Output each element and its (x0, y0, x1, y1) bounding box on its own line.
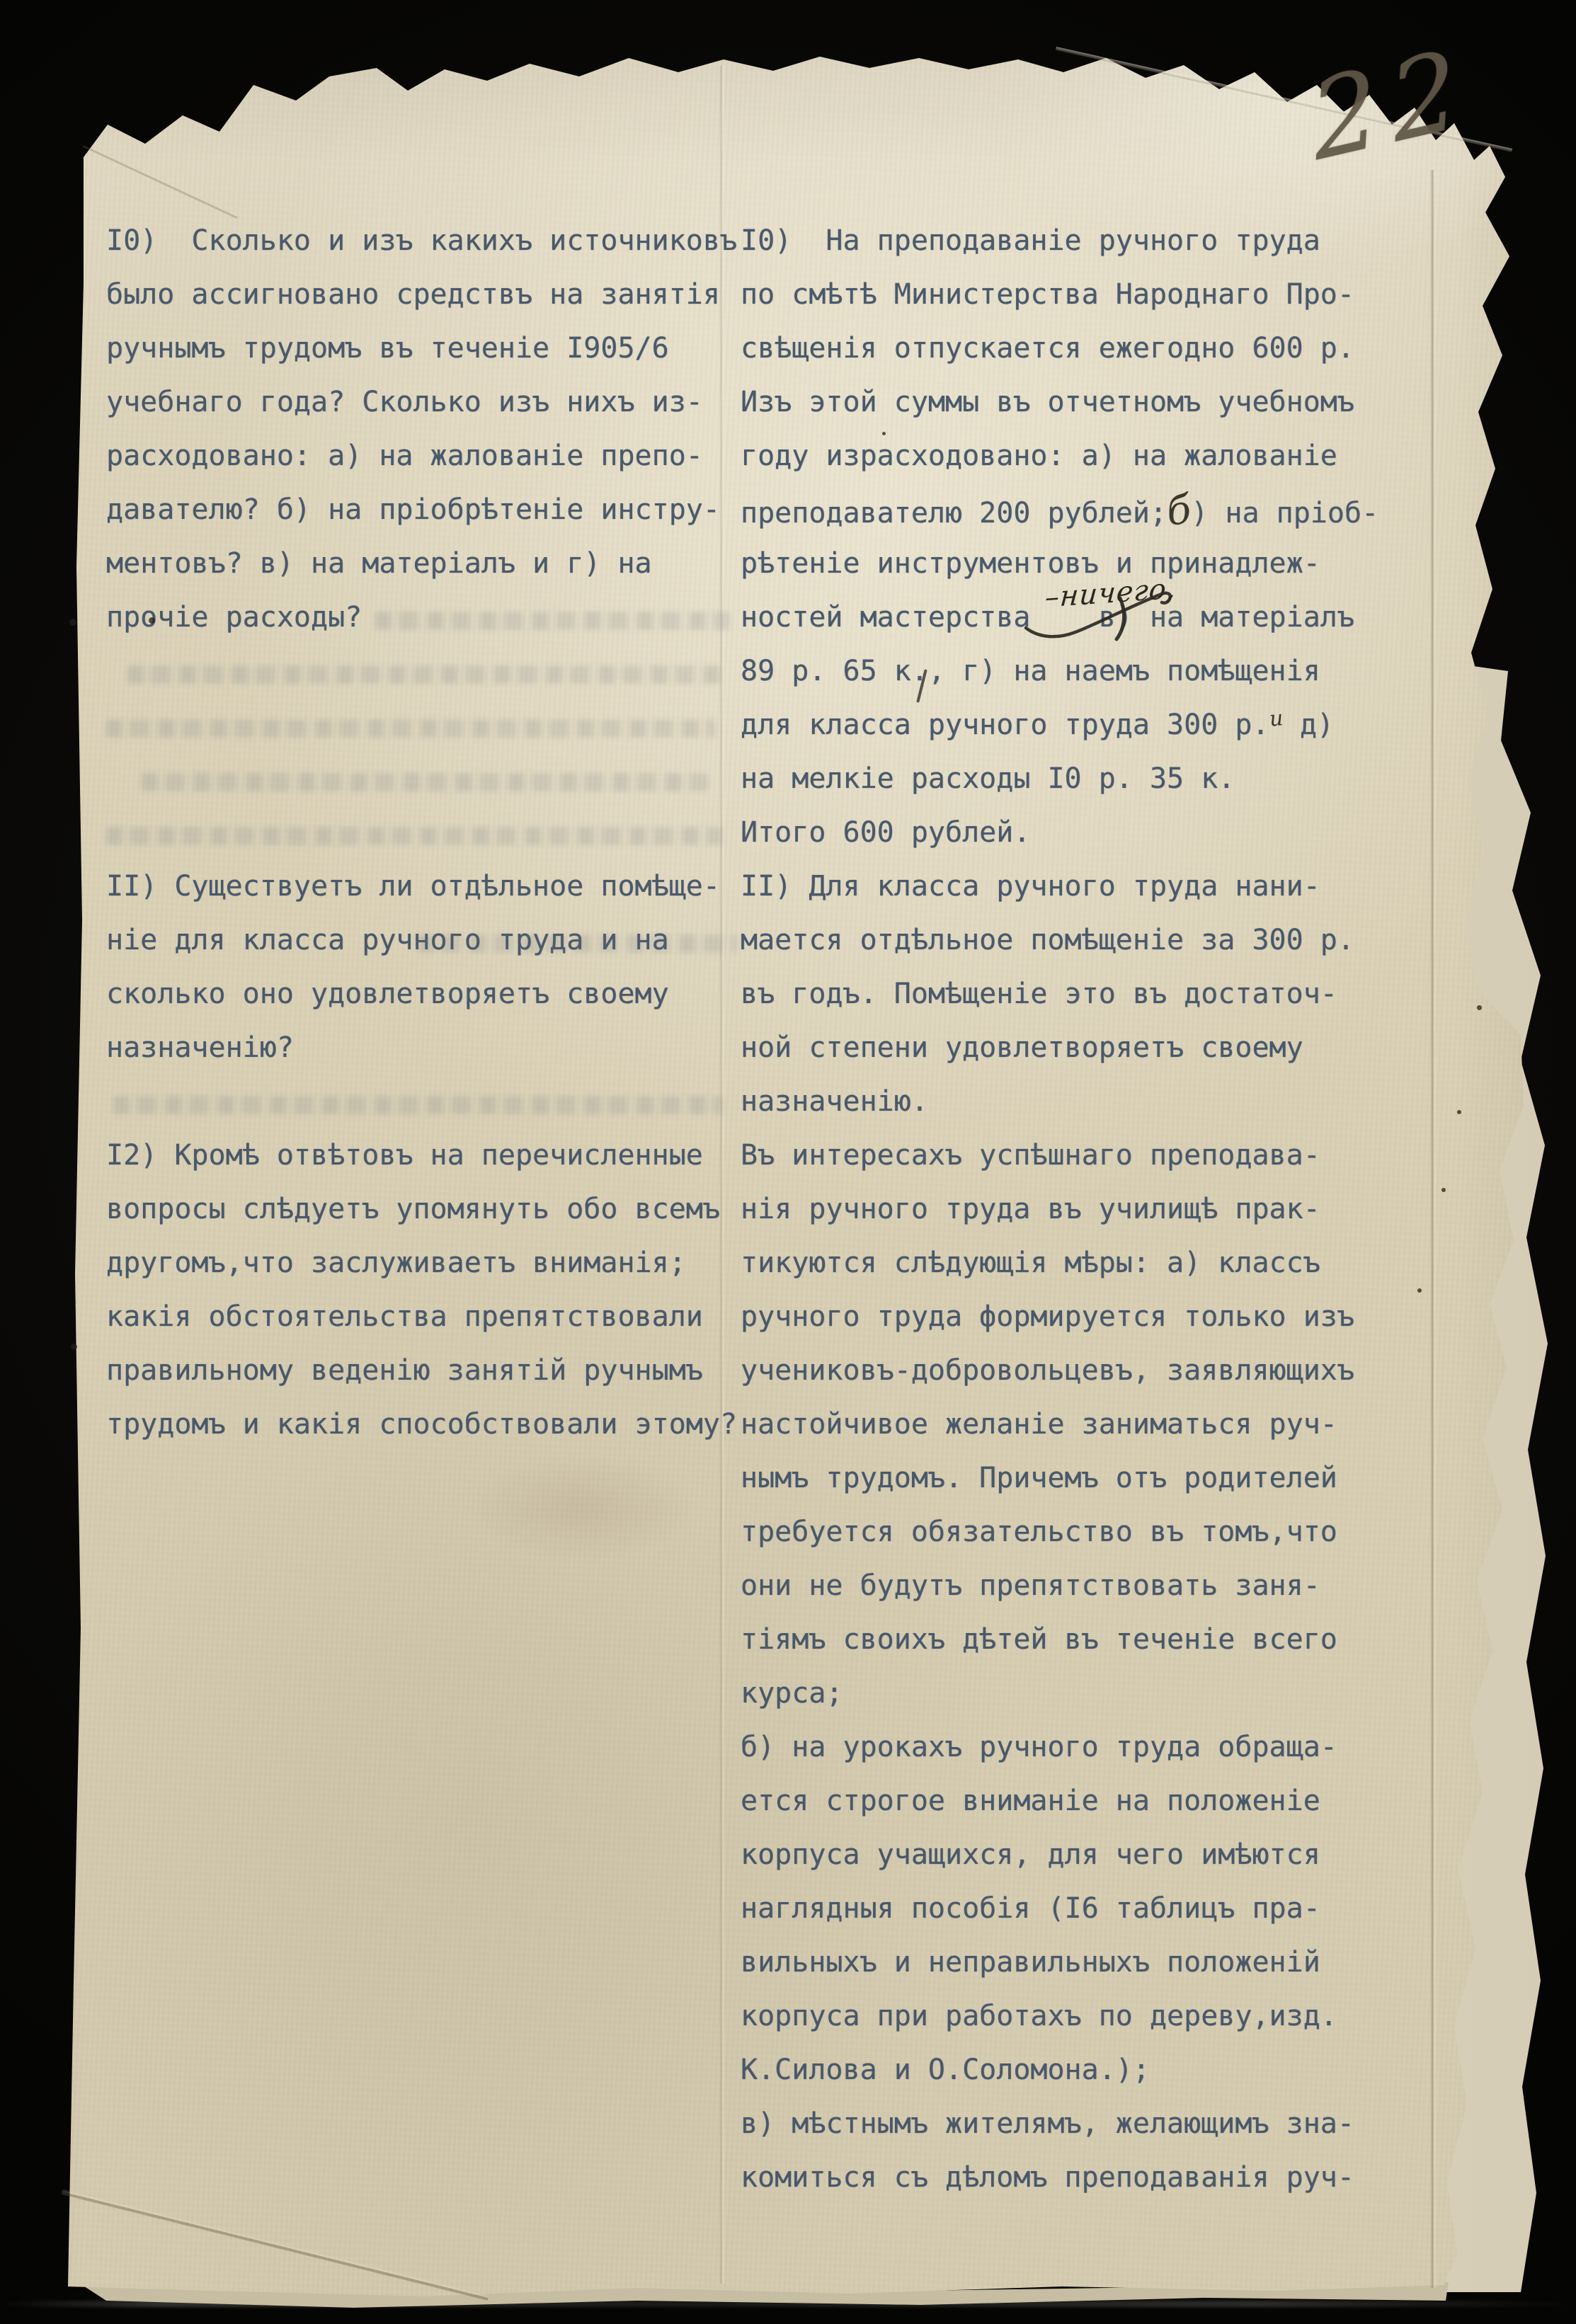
typed-line: для класса ручного труда 300 р.и д) (741, 711, 1334, 742)
bleedthrough-text (106, 827, 722, 845)
typed-line: ручного труда формируется только изъ (741, 1303, 1354, 1331)
bleedthrough-text (375, 612, 729, 630)
typed-line: расходовано: а) на жалованіе препо- (106, 442, 703, 470)
typed-line: II) Для класса ручного труда нани- (741, 872, 1320, 900)
typed-line: К.Силова и О.Соломона.); (741, 2056, 1150, 2084)
bleedthrough-text (418, 934, 736, 953)
typed-line: году израсходовано: а) на жалованіе (741, 442, 1337, 470)
typed-line: б) на урокахъ ручного труда обраща- (741, 1733, 1337, 1761)
handwritten-correction: б (1165, 496, 1192, 527)
typed-line: нія ручного труда въ училищѣ прак- (741, 1195, 1320, 1223)
typed-line: назначенію? (106, 1034, 294, 1062)
typed-line: давателю? б) на пріобрѣтеніе инстру- (106, 496, 720, 524)
typed-line: прочіе расходы? (106, 603, 362, 631)
typed-line: Итого 600 рублей. (741, 818, 1030, 847)
paper-speck (1417, 1288, 1422, 1293)
typed-line: нымъ трудомъ. Причемъ отъ родителей (741, 1464, 1337, 1492)
typed-line: тіямъ своихъ дѣтей въ теченіе всего (741, 1625, 1337, 1654)
typed-line: было ассигновано средствъ на занятія (106, 280, 720, 309)
typed-line: комиться съ дѣломъ преподаванія руч- (741, 2163, 1354, 2192)
typed-line: корпуса при работахъ по дереву,изд. (741, 2002, 1337, 2030)
typed-line: тикуются слѣдующія мѣры: а) классъ (741, 1249, 1320, 1277)
typed-line: настойчивое желаніе заниматься руч- (741, 1410, 1337, 1438)
typed-line: I2) Кромѣ отвѣтовъ на перечисленные (106, 1141, 703, 1169)
typed-line: ется строгое вниманіе на положеніе (741, 1787, 1320, 1815)
paper-smudge (425, 1437, 736, 1579)
typed-line: ручнымъ трудомъ въ теченіе I905/6 (106, 334, 669, 362)
handwritten-correction: и (1268, 704, 1284, 734)
paper-speck (1477, 1005, 1482, 1010)
bleedthrough-text (127, 665, 722, 684)
pen-flourish-icon (1016, 577, 1193, 648)
typed-line: требуется обязательство въ томъ,что (741, 1518, 1337, 1546)
bleedthrough-text (142, 773, 708, 791)
typed-line: какія обстоятельства препятствовали (106, 1303, 703, 1331)
typed-line: другомъ,что заслуживаетъ вниманія; (106, 1249, 686, 1277)
typed-line: I0) На преподаваніе ручного труда (741, 227, 1320, 255)
typed-line: на мелкіе расходы I0 р. 35 к. (741, 765, 1235, 793)
bleedthrough-text (113, 1096, 722, 1114)
photo-background: I0) Сколько и изъ какихъ источниковъбыло… (0, 0, 1576, 2324)
typed-line: назначенію. (741, 1087, 928, 1116)
typed-line: по смѣтѣ Министерства Народнаго Про- (741, 280, 1354, 309)
typed-line: въ годъ. Помѣщеніе это въ достаточ- (741, 980, 1337, 1008)
typed-line: вильныхъ и неправильныхъ положеній (741, 1948, 1320, 1976)
paper-speck (1441, 1188, 1446, 1192)
typed-line: 89 р. 65 к., г) на наемъ помѣщенія (741, 657, 1320, 685)
typed-line: сколько оно удовлетворяетъ своему (106, 980, 669, 1008)
typed-line: наглядныя пособія (I6 таблицъ пра- (741, 1894, 1320, 1923)
typed-line: рѣтеніе инструментовъ и принадлеж- (741, 549, 1320, 578)
typed-line: II) Существуетъ ли отдѣльное помѣще- (106, 872, 720, 900)
typed-line: они не будутъ препятствовать заня- (741, 1572, 1320, 1600)
paper-speck (1457, 1110, 1461, 1114)
typed-line: учебнаго года? Сколько изъ нихъ из- (106, 388, 703, 416)
typed-line: ментовъ? в) на матеріалъ и г) на (106, 549, 652, 578)
typed-line: трудомъ и какія способствовали этому? (106, 1410, 737, 1438)
typed-line: учениковъ-добровольцевъ, заявляющихъ (741, 1356, 1354, 1385)
paper-speck (69, 619, 76, 626)
typed-line: вопросы слѣдуетъ упомянуть обо всемъ (106, 1195, 720, 1223)
typed-line: корпуса учащихся, для чего имѣются (741, 1841, 1320, 1869)
fold-crease-right (1430, 170, 1437, 2288)
fold-crease-center (719, 65, 725, 2284)
typed-line: курса; (741, 1679, 843, 1707)
typed-line: Въ интересахъ успѣшнаго преподава- (741, 1141, 1320, 1169)
typed-line: в) мѣстнымъ жителямъ, желающимъ зна- (741, 2110, 1354, 2138)
typed-line: Изъ этой суммы въ отчетномъ учебномъ (741, 388, 1354, 416)
paper-speck (149, 617, 155, 624)
typed-line: I0) Сколько и изъ какихъ источниковъ (106, 227, 737, 255)
typed-line: преподавателю 200 рублей;б) на пріоб- (741, 496, 1378, 527)
paper-speck (71, 1344, 77, 1350)
typed-line: правильному веденію занятій ручнымъ (106, 1356, 703, 1385)
typed-line: мается отдѣльное помѣщеніе за 300 р. (741, 926, 1354, 954)
typed-line: свѣщенія отпускается ежегодно 600 р. (741, 334, 1354, 362)
typed-line: ной степени удовлетворяетъ своему (741, 1034, 1303, 1062)
bleedthrough-text (106, 719, 715, 738)
paper-speck (882, 432, 886, 435)
